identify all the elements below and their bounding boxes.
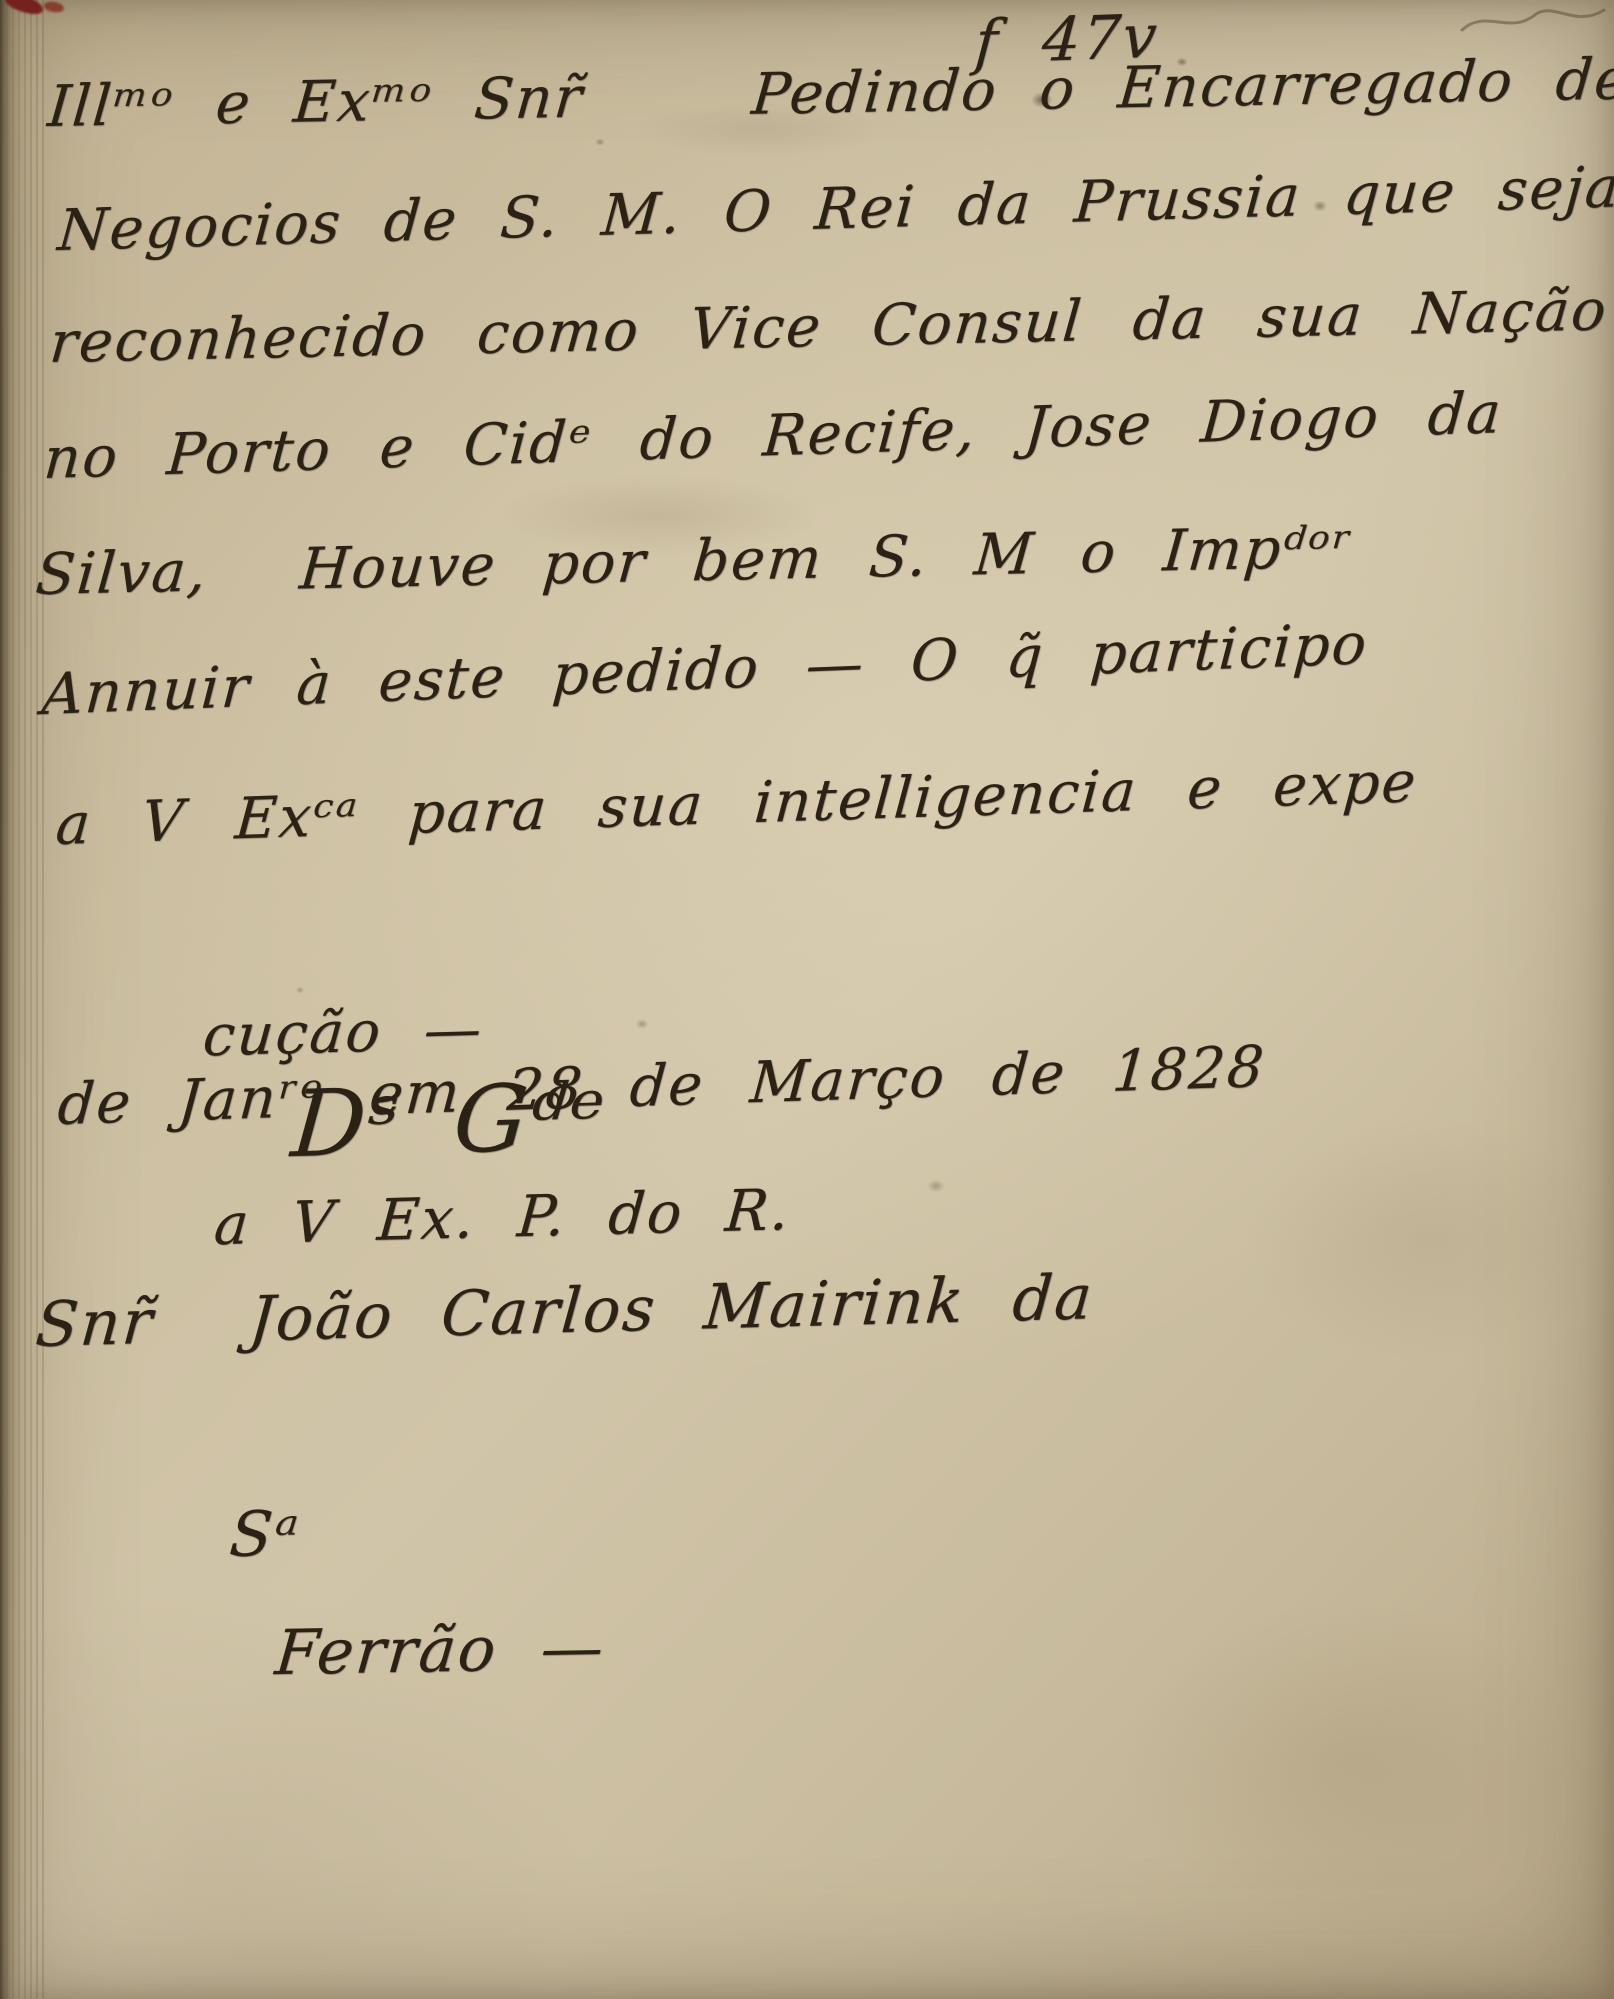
manuscript-line-5: Silva, Houve por bem S. M o Impᵈᵒʳ bbox=[33, 514, 1355, 608]
manuscript-line-6: Annuir à este pedido — O q̃ participo bbox=[40, 611, 1370, 728]
line8-start: cução — bbox=[201, 996, 486, 1069]
binding-stain bbox=[43, 1, 64, 14]
line8-end: a V Ex. P. do R. bbox=[212, 1177, 793, 1258]
manuscript-line-1: Illᵐᵒ e Exᵐᵒ Snr̃ Pedindo o Encarregado … bbox=[45, 46, 1614, 140]
addressee-line-2: Sᵃ Ferrão — bbox=[39, 1418, 625, 1720]
manuscript-line-7: a V Exᶜᵃ para sua intelligencia e expe bbox=[54, 749, 1420, 858]
manuscript-page: f 47v Illᵐᵒ e Exᵐᵒ Snr̃ Pedindo o Encarr… bbox=[0, 0, 1614, 1999]
addressee-initial: Sᵃ bbox=[227, 1497, 303, 1571]
addressee-surname: Ferrão — bbox=[272, 1610, 608, 1689]
manuscript-line-4: no Porto e Cidᵉ do Recife, Jose Diogo da bbox=[42, 380, 1505, 492]
manuscript-line-3: reconhecido como Vice Consul da sua Naçã… bbox=[47, 277, 1610, 376]
manuscript-line-2: Negocios de S. M. O Rei da Prussia que s… bbox=[55, 154, 1614, 264]
